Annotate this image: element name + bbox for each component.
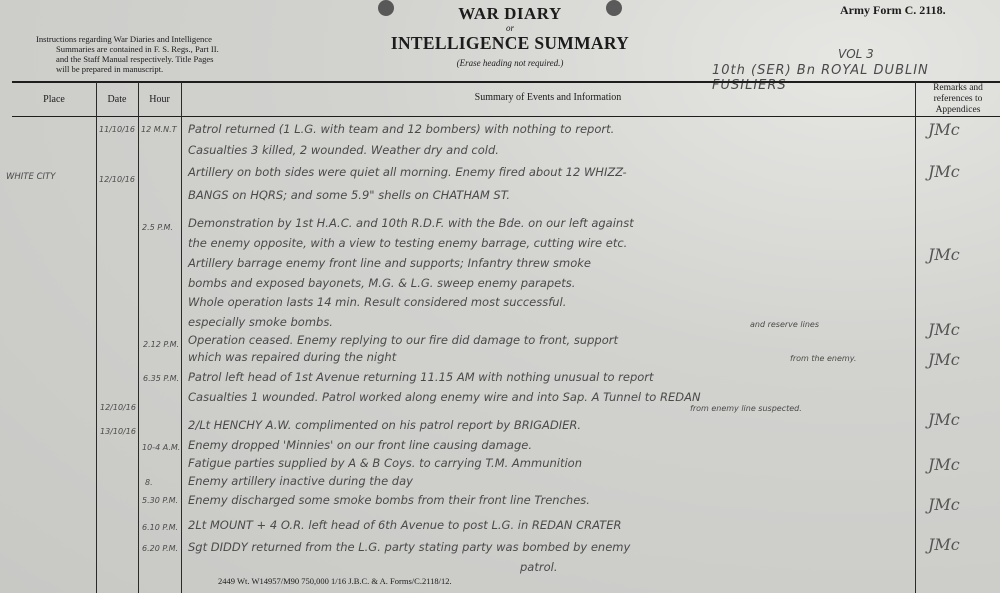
hour-entry: 5.30 P.M. (142, 496, 178, 505)
column-header-date: Date (96, 94, 138, 105)
hour-entry: 10-4 A.M. (142, 443, 180, 452)
column-header-remarks: Remarks and references to Appendices (916, 83, 1000, 116)
column-divider-hour (181, 82, 182, 593)
summary-line: Fatigue parties supplied by A & B Coys. … (188, 456, 582, 470)
date-entry: 12/10/16 (100, 403, 136, 412)
place-entry: WHITE CITY (6, 172, 55, 182)
summary-line: Enemy dropped 'Minnies' on our front lin… (188, 438, 532, 452)
summary-line: Casualties 3 killed, 2 wounded. Weather … (188, 143, 499, 157)
instructions-line: Summaries are contained in F. S. Regs., … (36, 44, 276, 54)
hour-entry: 8. (145, 478, 153, 487)
header-bottom-border (12, 116, 1000, 117)
hour-entry: 2.12 P.M. (143, 340, 179, 349)
hour-entry: 6.20 P.M. (142, 544, 178, 553)
summary-line: Whole operation lasts 14 min. Result con… (188, 295, 566, 309)
hour-entry: 6.35 P.M. (143, 374, 179, 383)
summary-line: which was repaired during the night (188, 350, 396, 364)
volume-label: VOL 3 (838, 47, 874, 61)
instructions-block: Instructions regarding War Diaries and I… (36, 34, 276, 74)
summary-line: patrol. (520, 560, 557, 574)
column-divider-summary (915, 82, 916, 593)
instructions-line: will be prepared in manuscript. (36, 64, 276, 74)
instructions-line: and the Staff Manual respectively. Title… (36, 54, 276, 64)
summary-line: Demonstration by 1st H.A.C. and 10th R.D… (188, 216, 634, 230)
column-header-place: Place (12, 94, 96, 105)
remarks-initials: JMc (928, 120, 960, 139)
table-top-border (12, 81, 1000, 83)
form-print-footer: 2449 Wt. W14957/M90 750,000 1/16 J.B.C. … (218, 576, 452, 586)
remarks-initials: JMc (928, 162, 960, 181)
summary-line: especially smoke bombs. (188, 315, 333, 329)
summary-line: Sgt DIDDY returned from the L.G. party s… (188, 540, 630, 554)
summary-note: from enemy line suspected. (690, 404, 802, 413)
summary-line: 2Lt MOUNT + 4 O.R. left head of 6th Aven… (188, 518, 621, 532)
summary-line: the enemy opposite, with a view to testi… (188, 236, 627, 250)
summary-line: Artillery barrage enemy front line and s… (188, 256, 591, 270)
remarks-initials: JMc (928, 350, 960, 369)
remarks-initials: JMc (928, 320, 960, 339)
remarks-initials: JMc (928, 455, 960, 474)
summary-line: Enemy discharged some smoke bombs from t… (188, 493, 590, 507)
form-title-note: (Erase heading not required.) (340, 58, 680, 68)
date-entry: 11/10/16 (99, 125, 135, 134)
hour-entry: 2.5 P.M. (142, 223, 173, 232)
form-subtitle: INTELLIGENCE SUMMARY (340, 33, 680, 54)
summary-line: BANGS on HQRS; and some 5.9" shells on C… (188, 188, 510, 202)
summary-line: Patrol left head of 1st Avenue returning… (188, 370, 654, 384)
remarks-initials: JMc (928, 410, 960, 429)
summary-line: Enemy artillery inactive during the day (188, 474, 413, 488)
form-title: WAR DIARY (340, 4, 680, 24)
summary-line: 2/Lt HENCHY A.W. complimented on his pat… (188, 418, 581, 432)
summary-line: bombs and exposed bayonets, M.G. & L.G. … (188, 276, 575, 290)
column-divider-place (96, 82, 97, 593)
remarks-initials: JMc (928, 245, 960, 264)
army-form-number: Army Form C. 2118. (840, 3, 946, 18)
remarks-initials: JMc (928, 535, 960, 554)
form-title-or: or (340, 23, 680, 33)
summary-line: Operation ceased. Enemy replying to our … (188, 333, 618, 347)
summary-line: Casualties 1 wounded. Patrol worked alon… (188, 390, 701, 404)
column-header-hour: Hour (138, 94, 181, 105)
summary-note: and reserve lines (750, 320, 819, 329)
column-divider-date (138, 82, 139, 593)
remarks-initials: JMc (928, 495, 960, 514)
hour-entry: 12 M.N.T (141, 125, 177, 134)
instructions-line: Instructions regarding War Diaries and I… (36, 34, 276, 44)
hour-entry: 6.10 P.M. (142, 523, 178, 532)
column-header-summary: Summary of Events and Information (181, 92, 915, 103)
date-entry: 12/10/16 (99, 175, 135, 184)
date-entry: 13/10/16 (100, 427, 136, 436)
summary-line: Artillery on both sides were quiet all m… (188, 165, 627, 179)
summary-note: from the enemy. (790, 354, 856, 363)
summary-line: Patrol returned (1 L.G. with team and 12… (188, 122, 614, 136)
